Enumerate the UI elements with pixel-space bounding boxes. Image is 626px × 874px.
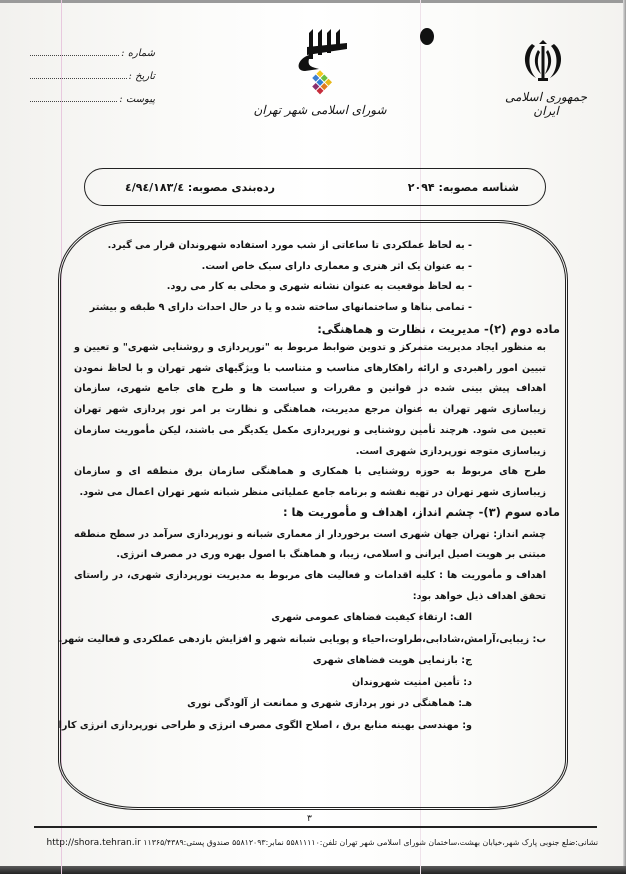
meta-attachment-row: پیوست : [30,94,155,117]
vision-label: چشم انداز: [493,529,546,540]
article2-paragraph: طرح های مربوط به حوزه روشنایی با همکاری … [74,462,546,503]
goal-text: مهندسی بهینه منابع برق ، اصلاح الگوی مصر… [59,720,463,731]
goal-letter: هـ: [458,698,472,709]
punch-hole-mark [420,28,434,45]
meta-date-row: تاریخ : [30,71,155,94]
meta-number-label: شماره : [119,48,155,59]
vision-text: تهران جهان شهری است برخوردار از معماری ش… [74,529,546,561]
meta-number-row: شماره : [30,48,155,71]
resolution-id: شناسه مصوبه: ۲۰۹۴ [408,181,519,194]
vision-paragraph: چشم انداز: تهران جهان شهری است برخوردار … [74,525,546,566]
goals-paragraph: اهداف و مأموریت ها : کلیه اقدامات و فعال… [74,566,546,607]
goal-text: تأمین امنیت شهروندان [352,677,463,688]
goal-letter: د: [463,677,472,688]
list-item: د: تأمین امنیت شهروندان [70,672,560,694]
footer-address: نشانی:ضلع جنوبی پارک شهر،خیابان بهشت،ساخ… [33,838,598,848]
emblem-caption: جمهوری اسلامی ایران [500,90,592,118]
resolution-class-label: رده‌بندی مصوبه: [188,181,275,194]
article2-paragraph: به منظور ایجاد مدیریت متمرکز و تدوین ضوا… [74,338,546,462]
resolution-id-box: شناسه مصوبه: ۲۰۹۴ رده‌بندی مصوبه: ٤/٩٤/١… [84,168,546,206]
list-item: الف: ارتقاء کیفیت فضاهای عمومی شهری [70,607,560,629]
list-item: - به عنوان یک اثر هنری و معماری دارای سب… [70,257,472,278]
list-item: - به لحاظ عملکردی تا ساعاتی از شب مورد ا… [70,236,472,257]
goal-letter: ج: [461,655,472,666]
list-item: - به لحاظ موقعیت به عنوان نشانه شهری و م… [70,277,472,298]
list-item: - تمامی بناها و ساختمانهای ساخته شده و ی… [70,298,472,319]
resolution-id-label: شناسه مصوبه: [438,181,519,194]
meta-attachment-label: پیوست : [117,94,155,105]
resolution-class: رده‌بندی مصوبه: ٤/٩٤/١٨٣/٤ [125,181,275,194]
meta-number-value [30,48,119,56]
goal-text: بازنمایی هویت فضاهای شهری [313,655,461,666]
goal-letter: ب: [533,634,546,645]
article3-heading: ماده سوم (۳)- چشم انداز، اهداف و مأموریت… [70,505,560,519]
goals-label: اهداف و مأموریت ها : [439,570,546,581]
iran-emblem-icon [518,36,568,86]
scan-edge-top [0,0,626,3]
meta-attachment-value [30,94,117,102]
article2-heading: ماده دوم (۲)- مدیریت ، نظارت و هماهنگی: [70,322,560,336]
list-item: و: مهندسی بهینه منابع برق ، اصلاح الگوی … [70,715,560,737]
resolution-body: - به لحاظ عملکردی تا ساعاتی از شب مورد ا… [70,236,560,736]
meta-date-label: تاریخ : [127,71,155,82]
resolution-id-value: ۲۰۹۴ [408,181,435,194]
criteria-list: - به لحاظ عملکردی تا ساعاتی از شب مورد ا… [70,236,560,318]
tehran-council-logo-icon [285,25,355,105]
council-caption: شورای اسلامی شهر تهران [250,103,390,117]
goals-list: الف: ارتقاء کیفیت فضاهای عمومی شهری ب: ز… [70,607,560,736]
goal-text: هماهنگی در نور پردازی شهری و ممانعت از آ… [187,698,458,709]
letter-meta-fields: شماره : تاریخ : پیوست : [30,48,155,117]
scan-edge-bottom [0,866,626,874]
page-number: ۳ [307,814,312,824]
list-item: هـ: هماهنگی در نور پردازی شهری و ممانعت … [70,693,560,715]
list-item: ب: زیبایی،آرامش،شادابی،طراوت،احیاء و پوی… [70,629,560,651]
goal-letter: الف: [450,612,472,623]
meta-date-value [30,71,127,79]
goal-letter: و: [462,720,472,731]
goal-text: ارتقاء کیفیت فضاهای عمومی شهری [271,612,450,623]
goal-text: زیبایی،آرامش،شادابی،طراوت،احیاء و پویایی… [59,634,533,645]
resolution-class-value: ٤/٩٤/١٨٣/٤ [125,181,184,194]
list-item: ج: بازنمایی هویت فضاهای شهری [70,650,560,672]
scanned-document-page: جمهوری اسلامی ایران شورای اسلامی شهر تهر… [0,0,626,874]
footer-contact: نشانی:ضلع جنوبی پارک شهر،خیابان بهشت،ساخ… [141,838,598,847]
footer-divider [34,826,597,828]
footer-website-link[interactable]: http://shora.tehran.ir [47,838,141,848]
